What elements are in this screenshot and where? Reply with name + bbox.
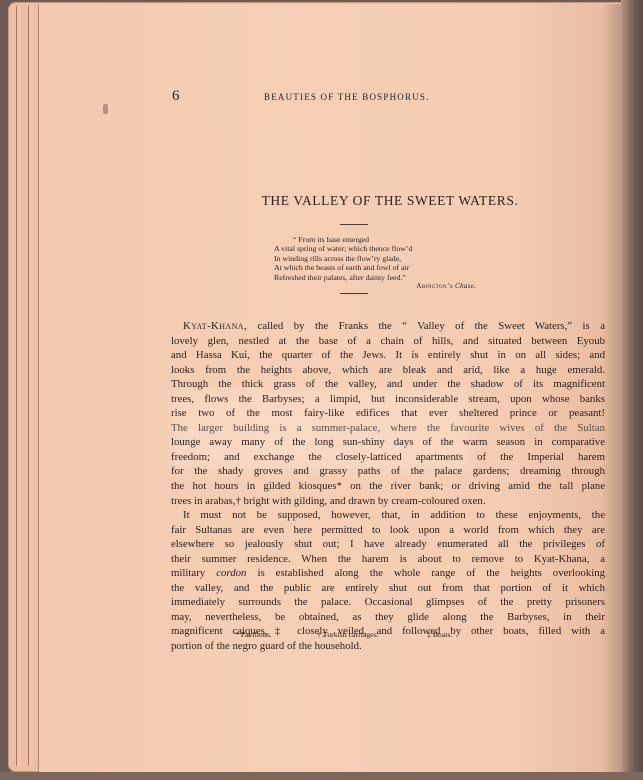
running-title: BEAUTIES OF THE BOSPHORUS. bbox=[264, 92, 430, 102]
paper-stain bbox=[103, 104, 108, 114]
epigraph-attribution: Abington’s Chase. bbox=[274, 282, 484, 291]
paragraph-line: trees, flows the Barbyses; a limpid, but… bbox=[171, 392, 605, 407]
epigraph-line: Refreshed their palates, after dainty fe… bbox=[274, 273, 484, 282]
attribution-work: Chase. bbox=[455, 282, 476, 290]
paragraph-line: and Hassa Kui, the quarter of the Jews. … bbox=[171, 348, 605, 363]
footnotes: * Pavilions. † Turkish carriages. ‡ Boat… bbox=[235, 630, 595, 639]
paragraph-line: immediately surrounds the palace. Occasi… bbox=[171, 595, 605, 610]
paragraph-line: for the shady groves and grassy paths of… bbox=[171, 464, 605, 479]
footnote-pavilions: * Pavilions. bbox=[235, 630, 317, 639]
paragraph-line: rise two of the most fairy-like edifices… bbox=[171, 406, 605, 421]
book-scan: 6 BEAUTIES OF THE BOSPHORUS. THE VALLEY … bbox=[0, 0, 643, 780]
bottom-edge bbox=[0, 772, 643, 780]
spine-shadow bbox=[621, 0, 643, 780]
chapter-title: THE VALLEY OF THE SWEET WATERS. bbox=[160, 193, 620, 209]
paragraph-line: elsewhere so jealously shut out; I have … bbox=[171, 537, 605, 552]
paragraph-line: military cordon is established along the… bbox=[171, 566, 605, 581]
paragraph-line: lovely glen, nestled at the base of a ch… bbox=[171, 334, 605, 349]
paragraph-line: the hot hours in gilded kiosques* on the… bbox=[171, 479, 605, 494]
footnote-boats: ‡ Boats. bbox=[427, 630, 453, 639]
paragraph-line: Kyat-Khana, called by the Franks the “ V… bbox=[171, 319, 605, 334]
epigraph-line: In winding rills across the flow’ry glad… bbox=[274, 254, 484, 263]
paragraph-line: It must not be supposed, however, that, … bbox=[171, 508, 605, 523]
epigraph-line: At which the beasts of earth and fowl of… bbox=[274, 263, 484, 272]
lead-word: Kyat-Khana, bbox=[183, 320, 247, 332]
epigraph-line: “ From its base emerged bbox=[274, 235, 484, 244]
rule-divider bbox=[340, 293, 368, 294]
epigraph: “ From its base emerged A vital spring o… bbox=[274, 235, 484, 291]
body-text: Kyat-Khana, called by the Franks the “ V… bbox=[171, 319, 605, 654]
italic-word: cordon bbox=[216, 567, 246, 579]
page-edge bbox=[28, 6, 33, 766]
footnote-carriages: † Turkish carriages. bbox=[317, 630, 427, 639]
running-head: 6 BEAUTIES OF THE BOSPHORUS. bbox=[172, 88, 512, 105]
paragraph-line: lounge away many of the long sun-shiny d… bbox=[171, 435, 605, 450]
paragraph-line: may, nevertheless, be obtained, as they … bbox=[171, 610, 605, 625]
paragraph-line: fair Sultanas are even here permitted to… bbox=[171, 523, 605, 538]
paragraph-line: the valley, and the public are entirely … bbox=[171, 581, 605, 596]
paragraph-line: trees in arabas,† bright with gilding, a… bbox=[171, 494, 605, 509]
epigraph-line: A vital spring of water; which thence fl… bbox=[274, 244, 484, 253]
paragraph-line: Through the thick grass of the valley, a… bbox=[171, 377, 605, 392]
paragraph-line: freedom; and exchange the closely-lattic… bbox=[171, 450, 605, 465]
paragraph-line: looks from the heights above, which are … bbox=[171, 363, 605, 378]
page-edge bbox=[16, 6, 21, 766]
attribution-author: Abington’s bbox=[416, 282, 453, 290]
paragraph-line: The larger building is a summer-palace, … bbox=[171, 421, 605, 436]
paragraph-line: portion of the negro guard of the househ… bbox=[171, 639, 605, 654]
page-number: 6 bbox=[172, 88, 264, 105]
paragraph-line: their summer residence. When the harem i… bbox=[171, 552, 605, 567]
rule-divider bbox=[340, 224, 368, 225]
